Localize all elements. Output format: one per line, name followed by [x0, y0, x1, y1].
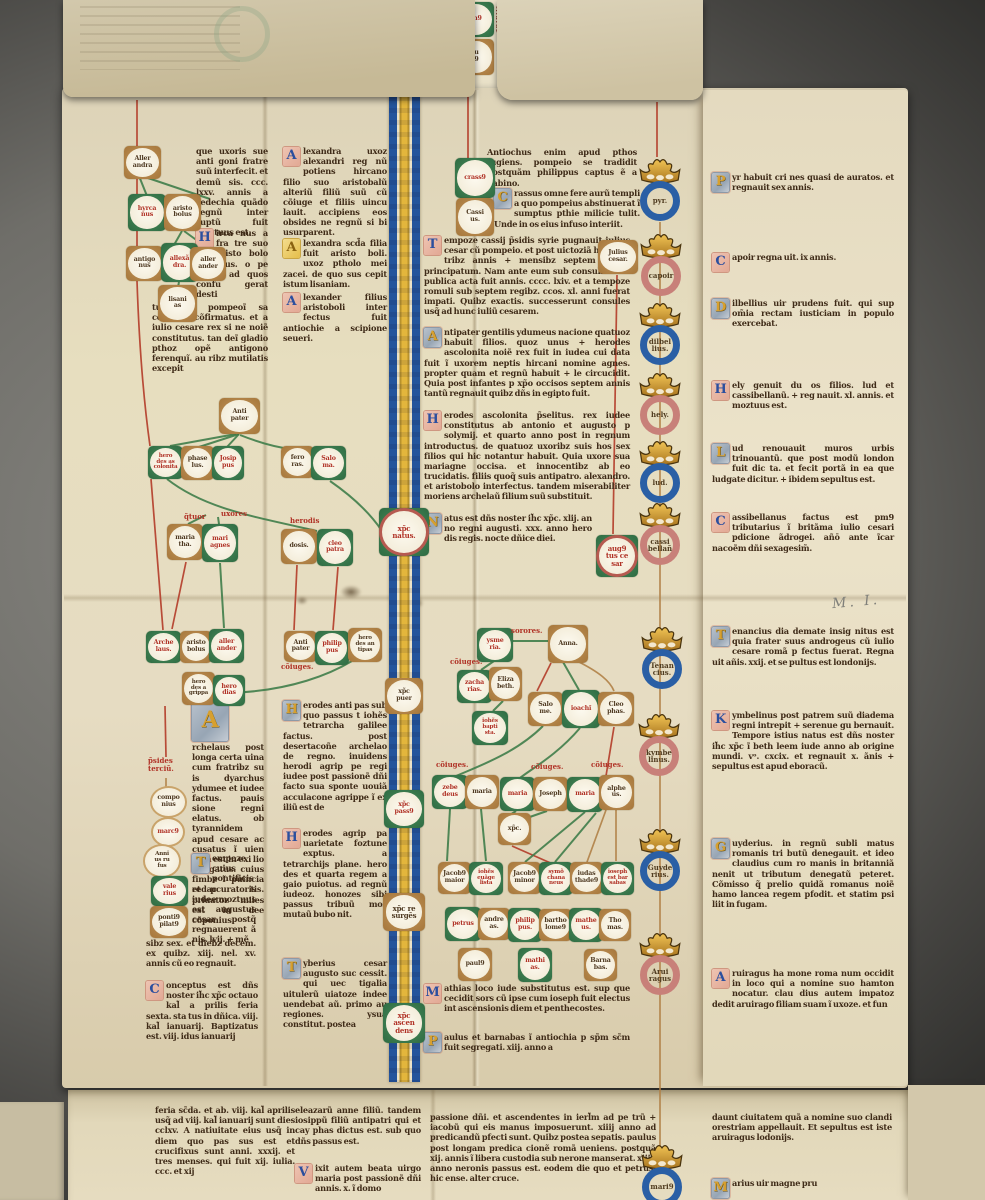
roundel-label: xp̃c ascen dens: [386, 1005, 423, 1040]
king-name: lud.: [652, 479, 667, 486]
roundel-label: Anti pater: [221, 400, 257, 432]
roundel-mariatha: maria tha.: [167, 524, 203, 560]
roundel-archelaus: Arche laus.: [146, 631, 181, 663]
roundel-componius: compo nius: [150, 787, 187, 817]
diagram-caption: p̃sides terciũ.: [148, 757, 174, 772]
showthrough-roundel-circle: [214, 6, 270, 62]
roundel-label: hyrca nus: [130, 196, 163, 229]
crowned-king-tenancius: Tenan cius.: [634, 622, 690, 689]
roundel-label: Anna.: [550, 627, 585, 660]
roundel-label: mari agnes: [204, 526, 236, 559]
roundel-label: antigo nus: [128, 248, 161, 279]
lineage-edge: [330, 481, 382, 531]
king-roundel-ring: capoir: [641, 256, 681, 296]
roundel-ponti9pilat9: ponti9 pilat9: [150, 906, 188, 938]
roundel-anniusrufus: Anni us ru fus: [143, 845, 181, 877]
text-body: que uxoris sue anti goni fratre suũ inte…: [196, 146, 268, 237]
roundel-cassius: Cassi us.: [456, 198, 494, 236]
text-body: Antiochus enim apud pthos fugiens. pompe…: [487, 147, 637, 188]
roundel-antipater: Anti pater: [219, 398, 260, 434]
gothic-text-block: Mathias loco iude substitutus est. sup q…: [424, 983, 630, 1014]
roundel-xpcresurgs: xp̃c re surgẽs: [383, 893, 425, 931]
roundel-petrus: petrus: [445, 907, 481, 941]
roundel-mariagnes: mari agnes: [202, 524, 238, 562]
text-body: ruiragus ha mone roma num occidit in loc…: [712, 968, 894, 1009]
gold-crown-icon: [634, 498, 686, 528]
gothic-text-block: Capoir regna uit. ix annis.: [712, 252, 894, 273]
text-body: atus est dñs noster ih̃c xp̃c. xlij. an …: [444, 513, 592, 543]
roundel-lisanias: lisani as: [158, 285, 197, 322]
roundel-label: hero des an tipas: [350, 630, 380, 660]
roundel-jacob9maior: Jacob9 maior: [438, 862, 471, 894]
illuminated-initial: T: [424, 236, 441, 255]
crowned-king-mari9: mari9: [634, 1140, 690, 1200]
text-body: athias loco iude substitutus est. sup qu…: [444, 983, 630, 1013]
lineage-edge: [294, 565, 297, 630]
gold-crown-icon: [634, 298, 686, 328]
roundel-symchananeus: symõ chana neus: [539, 862, 573, 895]
gold-crown-icon: [636, 622, 688, 652]
roundel-label: lisani as: [160, 287, 194, 320]
roundel-barnabas: Barna bas.: [584, 949, 617, 981]
roundel-andreas: andre as.: [478, 908, 510, 940]
roundel-label: philip pus: [317, 633, 347, 663]
gothic-text-block: Antipater gentilis ydumeus nacione quatu…: [424, 327, 630, 398]
roundel-label: xp̃c re surgẽs: [386, 895, 423, 928]
king-roundel-ring: Guyde rius.: [640, 851, 680, 891]
roundel-ysmeria: ysme ria.: [477, 628, 513, 662]
text-body: enancius dia demate insig nitus est quia…: [712, 626, 894, 667]
roundel-alpheus: alphe us.: [599, 775, 634, 810]
text-body: eleazarũ anne filiũ. tandem iosippũ fili…: [295, 1105, 421, 1146]
roundel-mathias: mathi as.: [518, 948, 552, 982]
illuminated-initial: P: [424, 1033, 441, 1052]
roundel-paul9: paul9: [458, 948, 492, 981]
roundel-aristobolus: aristo bolus: [180, 631, 212, 663]
roundel-cleopatra: cleo patra: [317, 529, 353, 566]
gothic-text-block: Herodes anti pas sub quo passus t iohẽs …: [283, 700, 387, 812]
illuminated-initial: A: [192, 701, 228, 741]
gothic-text-block: sibz sex. et diebz decem. ex quibz. xiij…: [146, 938, 256, 969]
roundel-label: aristo bolus: [182, 633, 210, 661]
roundel-ioach: ioachĩ: [562, 690, 600, 728]
roundel-antipater: Anti pater: [284, 631, 317, 662]
lineage-edge: [151, 479, 163, 630]
illuminated-initial: D: [712, 299, 729, 318]
roundel-saloma: Salo ma.: [311, 446, 346, 480]
lineage-edge: [537, 663, 551, 691]
roundel-iosephestbarsabas: ioseph est bar sabas: [601, 862, 634, 895]
roundel-xpcpuer: xp̃c puer: [385, 678, 423, 714]
crowned-king-kymbelinus: kymbe linus.: [631, 709, 687, 776]
gothic-text-block: Antiochus enim apud pthos fugiens. pompe…: [487, 147, 637, 188]
gothic-text-block: Herodes agrip pa uarietate foztune exptu…: [283, 828, 387, 920]
crowned-king-pyr: pyr.: [632, 154, 688, 221]
roundel-matheus: mathe us.: [569, 908, 603, 942]
roundel-allerandra: Aller andra: [124, 146, 161, 179]
king-name: cassi bellañ: [648, 538, 672, 553]
roundel-label: Salo me.: [530, 694, 561, 724]
roundel-label: paul9: [460, 950, 490, 979]
roundel-label: Tho mas.: [601, 911, 629, 939]
illuminated-initial: H: [424, 411, 441, 430]
king-name: Arui ragus: [649, 968, 671, 983]
king-name: capoir: [649, 272, 674, 279]
roundel-label: Joseph: [535, 779, 566, 809]
lineage-edge: [165, 706, 166, 757]
illuminated-initial: A: [424, 328, 441, 347]
roundel-label: alphe us.: [601, 777, 632, 808]
gothic-text-block: eleazarũ anne filiũ. tandem iosippũ fili…: [295, 1105, 421, 1146]
roundel-bartholome9: bartho lome9: [539, 909, 572, 941]
gold-crown-icon: [636, 1140, 688, 1170]
gothic-text-block: Marius uir magne pru: [712, 1178, 892, 1199]
crowned-king-dilbellius: dilbel lius.: [632, 298, 688, 365]
king-roundel-ring: cassi bellañ: [640, 525, 680, 565]
roundel-herodesagrippa: hero des a grippa: [182, 672, 215, 705]
roundel-label: iudas thade9: [572, 864, 601, 892]
roundel-label: dosis.: [283, 531, 315, 562]
text-body: ilbellius uir prudens fuit. qui sup om̃i…: [732, 298, 894, 328]
roundel-allerander: aller ander: [190, 247, 226, 281]
gothic-text-block: que uxoris sue anti goni fratre suũ inte…: [196, 146, 268, 238]
roundel-label: Josip pus: [214, 448, 242, 478]
king-name: pyr.: [653, 197, 667, 204]
roundel-maria: maria: [465, 775, 499, 809]
roundel-label: Cassi us.: [458, 200, 491, 233]
gold-crown-icon: [634, 154, 686, 184]
lineage-edge: [220, 563, 224, 628]
gothic-text-block: Aruiragus ha mone roma num occidit in lo…: [712, 968, 894, 1009]
text-body: ud renouauit muros urbis trinouantũ. que…: [712, 443, 894, 484]
roundel-label: mathe us.: [571, 910, 601, 940]
roundel-label: compo nius: [150, 786, 187, 818]
roundel-label: fero ras.: [283, 448, 312, 476]
roundel-xpcnatus: xp̃c natus.: [379, 508, 429, 556]
text-body: uyderius. in regnũ subli matus romanis t…: [712, 838, 894, 909]
roundel-maria: maria: [567, 777, 603, 812]
roundel-label: Anni us ru fus: [143, 844, 181, 877]
roundel-label: maria: [569, 779, 601, 810]
roundel-label: Salo ma.: [313, 448, 344, 478]
gothic-text-block: Vixit autem beata uirgo maria post passi…: [295, 1163, 421, 1194]
king-name: Tenan cius.: [650, 662, 674, 677]
gold-crown-icon: [634, 824, 686, 854]
roundel-label: aller ander: [192, 249, 224, 279]
roundel-label: ysme ria.: [479, 630, 511, 660]
diagram-caption: q̃tuor: [184, 513, 206, 521]
roundel-zacharias: zacha rias.: [457, 670, 492, 703]
diagram-caption: cõiuges.: [531, 763, 563, 771]
gothic-text-block: Alexandra scd̃a filia fuit aristo boli. …: [283, 238, 387, 289]
illuminated-initial: A: [712, 969, 729, 988]
illuminated-initial: H: [283, 829, 300, 848]
illuminated-initial: V: [295, 1164, 312, 1183]
roundel-label: aller ander: [211, 631, 242, 661]
king-roundel-ring: Arui ragus: [640, 955, 680, 995]
illuminated-initial: P: [712, 173, 729, 192]
roundel-label: marc9: [151, 817, 185, 847]
text-body: daunt ciuitatem quã a nomine suo clandi …: [712, 1112, 892, 1142]
lineage-edge: [139, 176, 147, 196]
gothic-text-block: Herodes ascolonita p̃selitus. rex iudee …: [424, 410, 630, 502]
diagram-caption: uxores: [221, 510, 247, 518]
lineage-edge: [587, 810, 606, 862]
gothic-text-block: Hely genuit du os filios. lud et cassibe…: [712, 380, 894, 411]
lineage-edge: [172, 562, 186, 629]
illuminated-initial: G: [712, 839, 729, 858]
roundel-herodias: hero dias: [213, 675, 245, 706]
gothic-text-block: Kymbelinus post patrem suũ diadema regni…: [712, 710, 894, 771]
roundel-herodesantipas: hero des an tipas: [348, 628, 382, 662]
illuminated-initial: T: [192, 854, 209, 873]
roundel-label: Jacob9 maior: [440, 864, 469, 892]
king-roundel-ring: dilbel lius.: [640, 325, 680, 365]
text-body: ymbelinus post patrem suũ diadema regni …: [712, 710, 894, 771]
roundel-dosis: dosis.: [281, 529, 317, 564]
roundel-label: xp̃c pass9: [386, 792, 421, 825]
gothic-text-block: Cassibellanus factus est pm9 tributarius…: [712, 512, 894, 553]
illuminated-initial: T: [712, 627, 729, 646]
illuminated-initial: H: [196, 229, 213, 248]
illuminated-initial: M: [712, 1179, 729, 1198]
roundel-anna: Anna.: [548, 625, 588, 663]
diagram-caption: cõiuges.: [436, 761, 468, 769]
gothic-text-block: Guyderius. in regnũ subli matus romanis …: [712, 838, 894, 909]
gold-crown-icon: [634, 928, 686, 958]
diagram-caption: cõiuges.: [450, 658, 482, 666]
illuminated-initial: A: [283, 239, 300, 258]
roundel-iohsbaptista: iohẽs bapti sta.: [472, 711, 508, 745]
roundel-maria: maria: [500, 777, 535, 811]
roundel-allerander: aller ander: [209, 629, 244, 663]
diagram-caption: sorores.: [511, 627, 543, 635]
roundel-zebedeus: zebe deus: [432, 775, 468, 809]
text-body: feria sc̃da. et ab. viij. kal̃ aprilis u…: [155, 1105, 295, 1176]
roundel-label: philip pus.: [510, 910, 540, 940]
illuminated-initial: H: [283, 701, 300, 720]
roundel-crass9: crass9: [455, 158, 495, 198]
roundel-label: ioachĩ: [564, 692, 597, 725]
roundel-label: Aller andra: [126, 148, 159, 177]
roundel-juliuscesar: Julius cesar.: [598, 240, 638, 274]
roundel-label: ioseph est bar sabas: [603, 864, 632, 893]
illuminated-initial: C: [712, 253, 729, 272]
gothic-text-block: Paulus et barnabas ĩ antiochia p sp̃m sc…: [424, 1032, 630, 1053]
roundel-label: zebe deus: [434, 777, 466, 807]
illuminated-initial: K: [712, 711, 729, 730]
illuminated-initial: T: [283, 959, 300, 978]
crowned-king-hely: hely.: [632, 368, 688, 435]
diagram-caption: cõiuges.: [591, 761, 623, 769]
gothic-text-block: Tempoze cuius pontificis et pcuratoris i…: [192, 853, 256, 945]
king-roundel-ring: hely.: [640, 395, 680, 435]
king-name: kymbe linus.: [646, 749, 672, 764]
diagram-caption: herodis: [290, 517, 319, 525]
gothic-text-block: Tenancius dia demate insig nitus est qui…: [712, 626, 894, 667]
king-roundel-ring: pyr.: [640, 181, 680, 221]
text-body: sibz sex. et diebz decem. ex quibz. xiij…: [146, 938, 256, 968]
text-body: rassus omne fere aurũ templi a quo pompe…: [494, 188, 640, 229]
roundel-xpc: xp̃c.: [498, 813, 531, 845]
illuminated-initial: H: [712, 381, 729, 400]
gothic-text-block: Crassus omne fere aurũ templi a quo pomp…: [494, 188, 640, 229]
king-name: dilbel lius.: [649, 338, 671, 353]
roundel-herodesascolonita: hero des as colonita: [148, 446, 183, 479]
gold-crown-icon: [634, 436, 686, 466]
text-body: erodes ascolonita p̃selitus. rex iudee c…: [424, 410, 630, 501]
crowned-king-cassibella: cassi bellañ: [632, 498, 688, 565]
gothic-text-block: Dilbellius uir prudens fuit. qui sup om̃…: [712, 298, 894, 329]
roundel-label: Arche laus.: [148, 633, 179, 661]
illuminated-initial: M: [424, 984, 441, 1003]
roundel-elizabeth: Eliza beth.: [489, 667, 522, 701]
roundel-label: Jacob9 minor: [510, 864, 539, 892]
roundel-cleophas: Cleo phas.: [598, 692, 634, 726]
roundel-joseph: Joseph: [533, 777, 568, 811]
lineage-edge: [218, 517, 219, 524]
roundel-label: cleo patra: [319, 531, 351, 564]
diagram-caption: cõiuges.: [281, 663, 313, 671]
gold-crown-icon: [633, 709, 685, 739]
roundel-label: iohẽs euãge lista: [471, 864, 501, 893]
manuscript-photo: que uxoris sue anti goni fratre suũ inte…: [0, 0, 985, 1200]
text-body: passione dñi. et ascendentes in ierl̃m a…: [430, 1112, 656, 1183]
roundel-antigonus: antigo nus: [126, 246, 163, 281]
gold-crown-icon: [634, 368, 686, 398]
roundel-hyrcanus: hyrca nus: [128, 194, 166, 231]
roundel-aristobolus: aristo bolus: [164, 194, 201, 231]
gothic-text-block: Alexandra uxoz alexandri reg nũ potiens …: [283, 146, 387, 238]
crowned-king-capoir: capoir: [633, 229, 689, 296]
text-body: ixit autem beata uirgo maria post passio…: [315, 1163, 421, 1193]
lineage-edge: [577, 661, 614, 691]
roundel-iohseugelista: iohẽs euãge lista: [469, 862, 503, 895]
roundel-label: hero dias: [215, 677, 243, 704]
text-body: yr habuit cri nes quasi de auratos. et r…: [732, 172, 894, 192]
roundel-label: zacha rias.: [459, 672, 490, 701]
roundel-label: petrus: [447, 909, 479, 939]
lineage-edge: [563, 662, 579, 690]
roundel-label: bartho lome9: [541, 911, 570, 939]
lineage-edge: [493, 701, 503, 711]
roundel-jacob9minor: Jacob9 minor: [508, 862, 541, 894]
text-body: assibellanus factus est pm9 tributarius …: [712, 512, 894, 553]
roundel-valerius: vale rius: [151, 876, 188, 906]
text-body: aulus et barnabas ĩ antiochia p sp̃m sc̃…: [444, 1032, 630, 1052]
roundel-label: crass9: [457, 160, 492, 195]
roundel-xpcascendens: xp̃c ascen dens: [383, 1003, 425, 1043]
roundel-label: xp̃c puer: [387, 680, 420, 712]
roundel-label: xp̃c natus.: [379, 508, 429, 556]
roundel-label: aristo bolus: [166, 196, 199, 229]
roundel-marc9: marc9: [151, 818, 185, 846]
lineage-edge: [333, 567, 338, 630]
gothic-text-block: passione dñi. et ascendentes in ierl̃m a…: [430, 1112, 656, 1183]
king-roundel-ring: mari9: [642, 1167, 682, 1200]
gothic-text-block: Lud renouauit muros urbis trinouantũ. qu…: [712, 443, 894, 484]
roundel-salome: Salo me.: [528, 692, 563, 726]
roundel-label: maria: [502, 779, 533, 809]
gothic-text-block: Conceptus est dñs noster ih̃c xp̃c octau…: [146, 980, 258, 1041]
crowned-king-lud: lud.: [632, 436, 688, 503]
roundel-phaselus: phase lus.: [181, 446, 214, 480]
king-name: mari9: [650, 1183, 673, 1190]
illuminated-initial: C: [494, 189, 511, 208]
roundel-thomas: Tho mas.: [599, 909, 631, 941]
roundel-label: Julius cesar.: [600, 242, 635, 272]
illuminated-initial: C: [146, 981, 163, 1000]
roundel-feroras: fero ras.: [281, 446, 314, 478]
illuminated-initial: L: [712, 444, 729, 463]
roundel-philippus: philip pus: [315, 631, 349, 665]
roundel-label: ponti9 pilat9: [152, 908, 185, 936]
lineage-edge: [481, 809, 486, 861]
roundel-label: Cleo phas.: [600, 694, 632, 724]
roundel-label: Barna bas.: [586, 951, 615, 979]
illuminated-initial: C: [712, 513, 729, 532]
roundel-label: mathi as.: [520, 950, 550, 980]
roundel-label: maria tha.: [169, 526, 201, 558]
gothic-text-block: Alexander filius aristoboli inter fectus…: [283, 292, 387, 343]
roundel-josippus: Josip pus: [212, 446, 244, 480]
roundel-label: vale rius: [153, 878, 186, 904]
text-body: ely genuit du os filios. lud et cassibel…: [732, 380, 894, 410]
king-name: hely.: [651, 411, 669, 418]
gothic-text-block: Pyr habuit cri nes quasi de auratos. et …: [712, 172, 894, 193]
king-roundel-ring: kymbe linus.: [639, 736, 679, 776]
crowned-king-guyderius: Guyde rius.: [632, 824, 688, 891]
illuminated-initial: A: [283, 293, 300, 312]
lineage-edge: [170, 434, 236, 446]
roundel-label: Eliza beth.: [491, 669, 520, 699]
gold-crown-icon: [635, 229, 687, 259]
roundel-label: maria: [467, 777, 497, 807]
king-roundel-ring: lud.: [640, 463, 680, 503]
lineage-edge: [137, 281, 150, 446]
roundel-label: iohẽs bapti sta.: [474, 713, 506, 743]
roundel-philippus: philip pus.: [508, 908, 542, 942]
gothic-text-block: Natus est dñs noster ih̃c xp̃c. xlij. an…: [424, 513, 592, 544]
king-roundel-ring: Tenan cius.: [642, 649, 682, 689]
text-body: arius uir magne pru: [732, 1178, 817, 1188]
roundel-label: hero des a grippa: [184, 674, 213, 703]
illuminated-initial: A: [283, 147, 300, 166]
top-right-folded-flap: [497, 0, 703, 100]
roundel-label: andre as.: [480, 910, 508, 938]
text-body: ntipater gentilis ydumeus nacione quatuo…: [424, 327, 630, 398]
gothic-text-block: daunt ciuitatem quã a nomine suo clandi …: [712, 1112, 892, 1143]
roundel-label: Anti pater: [286, 633, 315, 660]
king-name: Guyde rius.: [648, 864, 672, 879]
gothic-text-block: Tyberius cesar augusto suc cessit. qui u…: [283, 958, 387, 1029]
lineage-edge: [447, 809, 450, 861]
crowned-king-aruiragus: Arui ragus: [632, 928, 688, 995]
gothic-text-block: feria sc̃da. et ab. viij. kal̃ aprilis u…: [155, 1105, 295, 1176]
roundel-label: phase lus.: [183, 448, 212, 478]
roundel-label: symõ chana neus: [541, 864, 571, 893]
roundel-label: hero des as colonita: [150, 448, 181, 477]
roundel-iudasthade9: iudas thade9: [570, 862, 603, 894]
roundel-xpcpass9: xp̃c pass9: [384, 790, 424, 828]
text-body: apoir regna uit. ix annis.: [732, 252, 836, 262]
roundel-label: xp̃c.: [500, 815, 529, 843]
